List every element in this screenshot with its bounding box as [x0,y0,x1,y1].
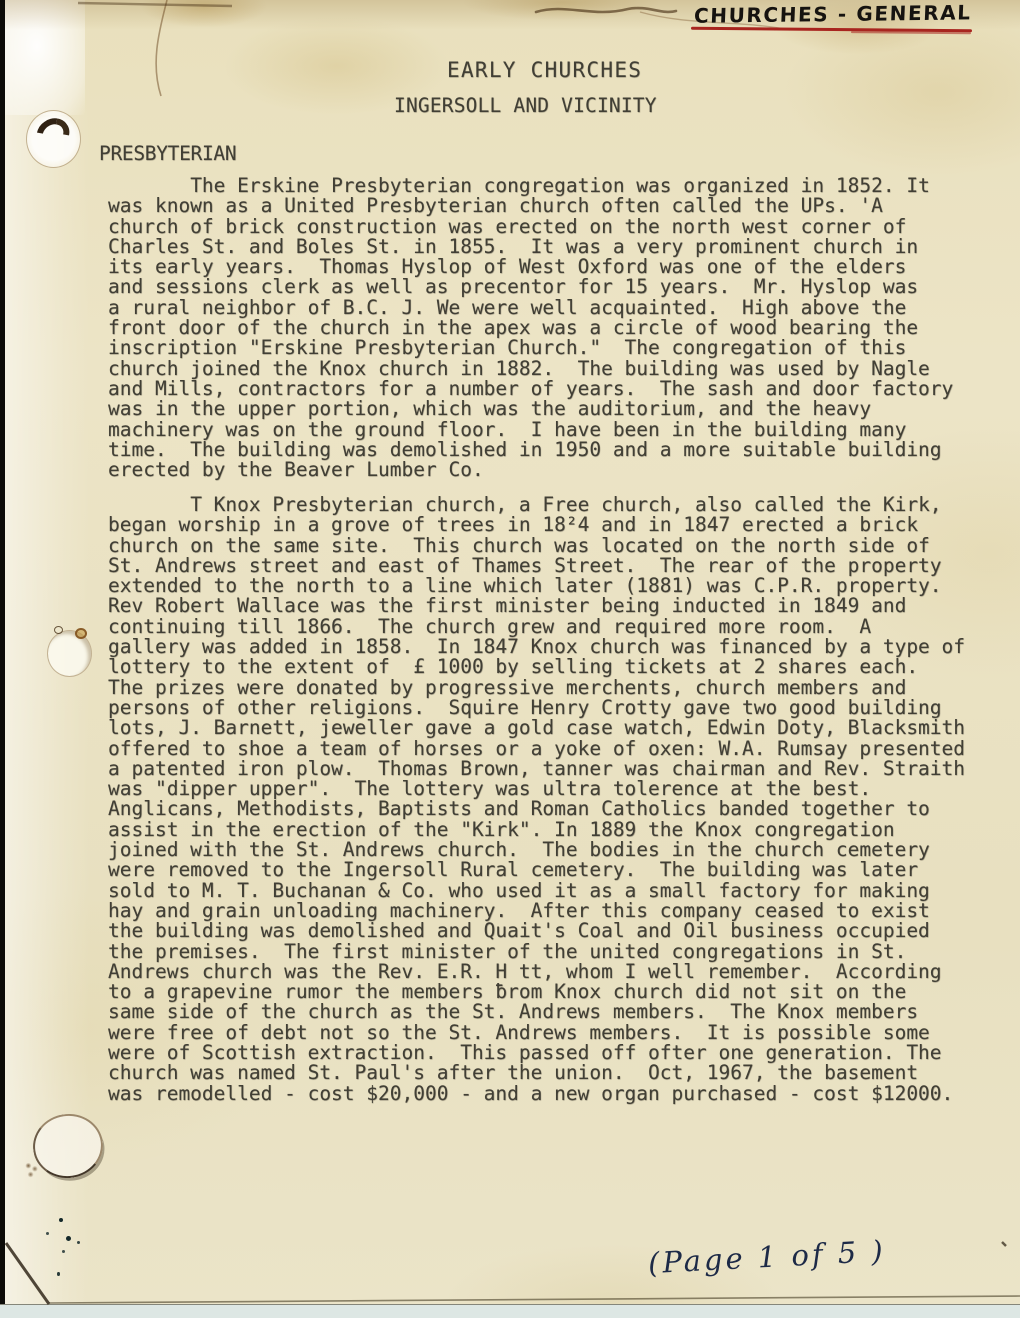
handwritten-category-label: CHURCHES - GENERAL [694,0,985,28]
punch-hole-shadow [30,112,75,156]
section-heading: PRESBYTERIAN [99,142,236,165]
paragraph-knox-church: T Knox Presbyterian church, a Free churc… [108,495,1013,1104]
ink-specks [40,1212,100,1282]
punch-hole-top [26,110,81,168]
handwritten-page-number: (Page 1 of 5 ) [647,1234,886,1280]
left-scan-edge [0,0,5,1305]
document-subtitle: INGERSOLL AND VICINITY [394,94,657,117]
scanned-page: CHURCHES - GENERAL EARLY CHURCHES INGERS… [0,0,1020,1318]
scanner-bed-strip [0,1304,1020,1318]
document-title: EARLY CHURCHES [447,58,642,82]
paragraph-erskine-church: The Erskine Presbyterian congregation wa… [108,176,1013,480]
punch-hole-middle [47,630,92,677]
